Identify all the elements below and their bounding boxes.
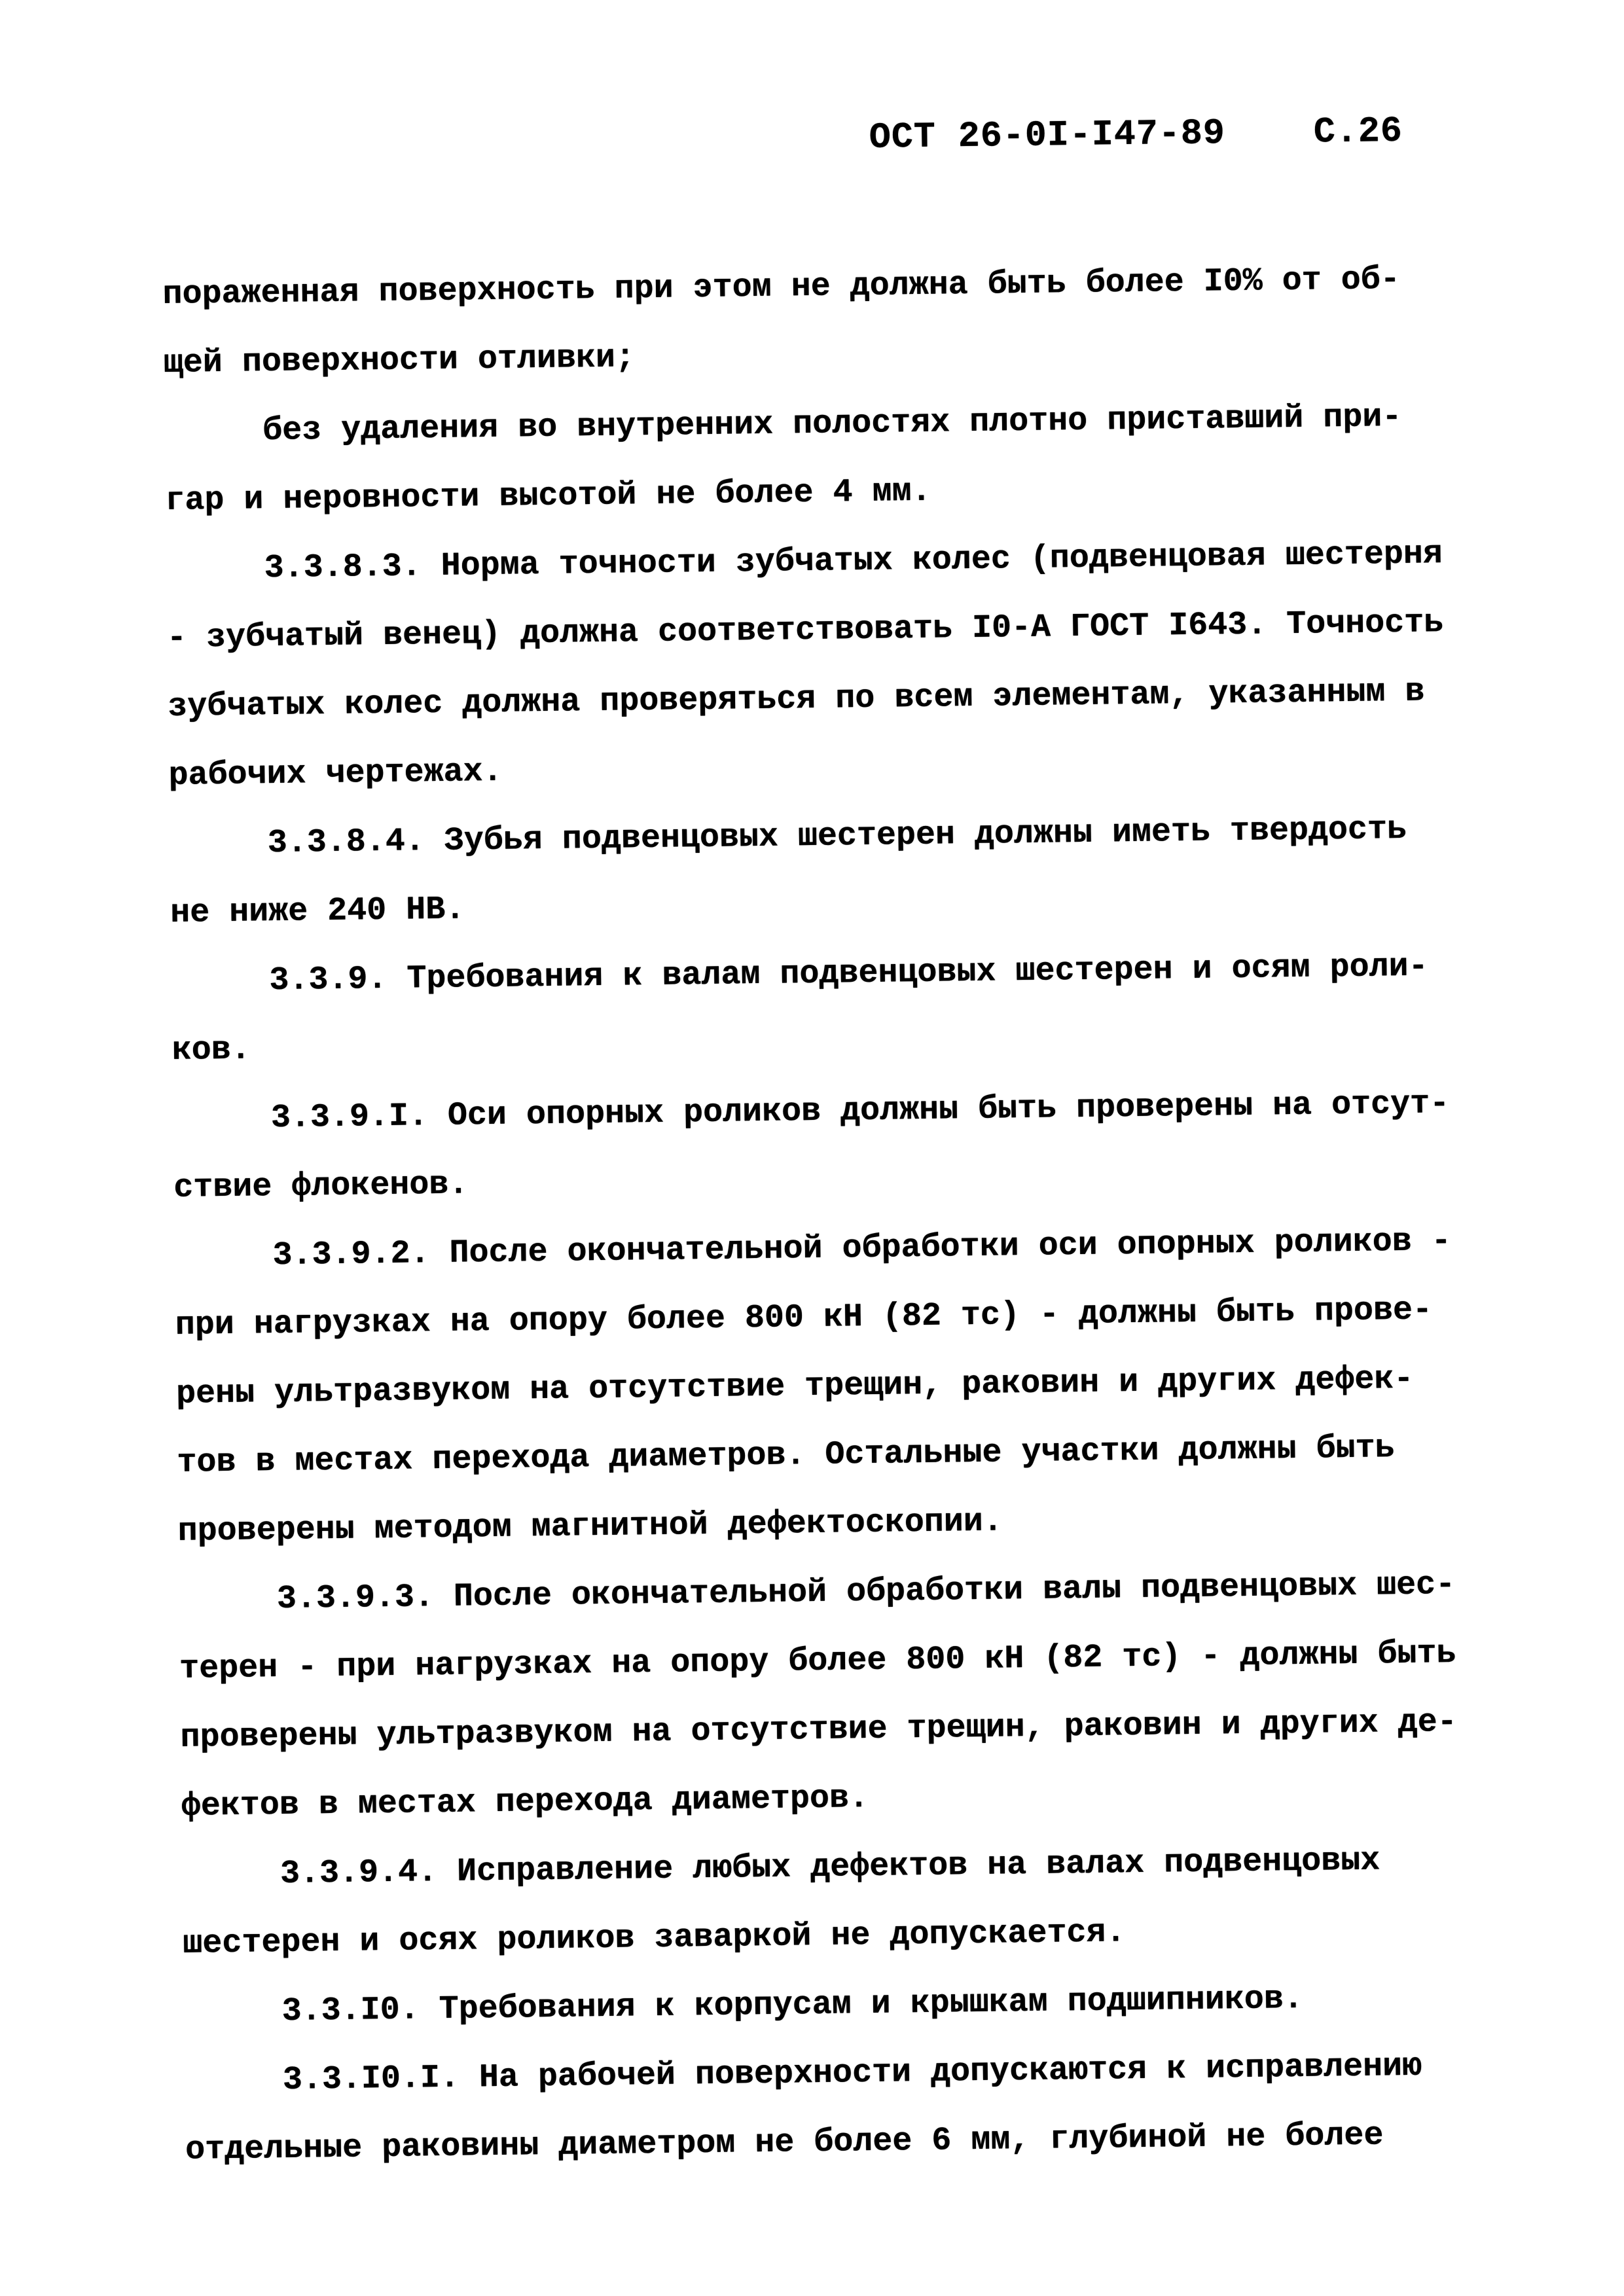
paragraph: 3.3.8.4. Зубья подвенцовых шестерен долж… [169, 794, 1532, 948]
paragraph: 3.3.9.3. После окончательной обработки в… [178, 1549, 1543, 1840]
paragraph: без удаления во внутренних полостях плот… [164, 382, 1527, 535]
document-body: пораженная поверхность при этом не должн… [162, 244, 1547, 2185]
paragraph: 3.3.9.4. Исправление любых дефектов на в… [181, 1824, 1544, 1978]
standard-number: ОСТ 26-0I-I47-89 [869, 113, 1225, 158]
document-page: ОСТ 26-0I-I47-89 С.26 пораженная поверхн… [0, 0, 1624, 2296]
paragraph: пораженная поверхность при этом не должн… [162, 244, 1525, 398]
page-number: С.26 [1313, 111, 1403, 153]
scan-skew-wrapper: ОСТ 26-0I-I47-89 С.26 пораженная поверхн… [0, 0, 1624, 2296]
paragraph: 3.3.9. Требования к валам подвенцовых ше… [171, 931, 1534, 1085]
paragraph: 3.3.8.3. Норма точности зубчатых колес (… [166, 519, 1530, 810]
page-header: ОСТ 26-0I-I47-89 С.26 [869, 111, 1403, 158]
paragraph: 3.3.9.I. Оси опорных роликов должны быть… [172, 1069, 1535, 1223]
paragraph: 3.3.I0.I. На рабочей поверхности допуска… [184, 2030, 1547, 2184]
paragraph: 3.3.9.2. После окончательной обработки о… [174, 1206, 1540, 1566]
